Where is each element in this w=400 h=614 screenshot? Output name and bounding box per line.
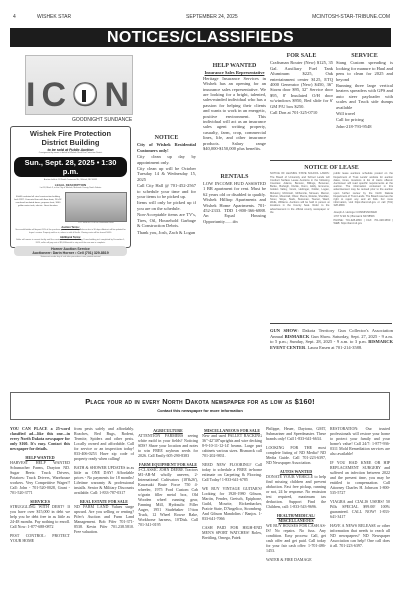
gun-show-ad: GUN SHOW: Dakota Territory Gun Collector… [270,328,393,350]
auction-datetime: Sun., Sept. 28, 2025 • 1:30 p.m. [14,157,127,177]
for-sale-body: Craftsman Router (New) $125, 35 Gal. Aux… [270,60,333,109]
lease-phone: PHONE: 701-328-2800 | FAX: 701-328-3650 … [334,219,394,225]
service-body: Stang Custom spreading is looking for ma… [336,60,393,82]
notice-p2: City clean up will be October Tuesday 14… [137,166,196,182]
additional-terms-text: Seller will remain in current facility u… [14,239,127,244]
service-p5: John-218-793-9548 [336,124,393,129]
auctioneer-fine-print: Statements made day of sale take precede… [14,256,127,258]
issue-date: SEPTEMBER 24, 2025 [186,14,238,20]
photo-caption: LOT SIZE 60 X 140 on Centennial Drive [65,222,127,224]
auction-title-line1: Wishek Fire Protection [14,129,127,138]
notice-p6: Thank you, Josh, Zach & Logan [137,230,196,235]
auction-title-line2: District Building [14,138,127,147]
city-notice: NOTICE City of Wishek Residential Custom… [137,136,196,236]
publication-name: WISHEK STAR [37,14,71,20]
classifieds-column-2: from pests safely and affordably. Roache… [74,426,134,538]
divider [270,160,392,161]
rentals-body: LOW INCOME HUD ASSISTED 1 BR apartment f… [203,181,266,224]
rentals-heading: RENTALS [203,175,266,180]
for-sale-ad: FOR SALE Craftsman Router (New) $125, 35… [270,54,333,116]
terms-text: Successful bidder will deposit 10% of th… [14,229,127,234]
divider [270,323,392,324]
auction-location: Auction held at: 18 South Centennial St.… [14,179,127,182]
service-p4: Call for pricing [336,117,393,122]
service-ad: SERVICE Stang Custom spreading is lookin… [336,54,393,130]
classifieds-column-6: RESTORATION: Our trusted professionals w… [330,426,390,552]
for-sale-contact: Call Don at 701-325-0710 [270,110,333,115]
legal-text: Lot 18, Block 9, in the City of Wishek, … [14,187,127,190]
place-ad-heading: Place your ad in every North Dakota news… [11,397,389,406]
notice-p4: Items will only be picked up if you are … [137,200,196,211]
classifieds-column-3: AGRICULTURE ATTENTION FARMERS seeing whi… [138,426,198,531]
notice-p3: Call City Hall @ 701-452-2567 to schedul… [137,183,196,199]
lease-address: 1707 N 9th St | Bismarck ND 58506 [334,215,394,218]
lease-heading: NOTICE OF LEASE [270,166,393,171]
auctioneer-contact: Auctioneer: Darin Horner • Cell (701) 32… [15,251,126,255]
gun-show-lead: GUN SHOW [270,328,297,333]
classifieds-column-4: MISCELLANEOUS FOR SALE New and used PALL… [202,426,262,544]
classifieds-column-1: YOU CAN PLACE a 25-word classified ad—li… [10,426,70,547]
auction-ad: Wishek Fire Protection District Building… [10,126,131,248]
notice-lead: City of Wishek Residential Customers onl… [137,142,196,153]
lease-signer: Joseph A. Heringer COMMISSIONER [334,211,394,214]
cartoon-caption: GOODNIGHT SUNDANCE [72,117,132,123]
help-wanted-ad: HELP WANTED Insurance Sales Representati… [203,64,266,225]
service-p2: Running three large vertical beaters spr… [336,83,393,110]
notice-of-lease: NOTICE OF LEASE NOTICE OF LEASING STATE … [270,166,393,226]
lease-left-column: NOTICE OF LEASING STATE SCHOOL LANDS: Th… [270,172,330,226]
section-banner: NOTICES/CLASSIFIEDS [10,28,391,47]
auctioneer-box: Horner Auction Service Auctioneer: Darin… [14,246,127,256]
auction-fine-print: Consignment by owner in behalf of Wishek… [14,152,127,155]
place-ad-subheading: Contact this newspaper for more informat… [11,408,389,413]
notice-heading: NOTICE [137,136,196,141]
help-wanted-body: Heritage Insurance Services in Wishek ha… [203,76,266,152]
editorial-cartoon: ICON [25,55,133,115]
classifieds-column-5: Philippe, Heuer, Daytona, GMT, Submarine… [266,426,326,566]
service-p3: Will travel [336,111,393,116]
page-number: 4 [13,14,16,20]
help-wanted-heading: HELP WANTED [203,64,266,69]
notice-p5: Non-Acceptable items are TV's, Tires, Oi… [137,212,196,228]
place-ad-banner: Place your ad in every North Dakota news… [10,392,390,420]
website-link[interactable]: MCINTOSH-STAR-TRIBUNE.COM [312,14,390,20]
notice-p1: City clean up day by appointment only. [137,154,196,165]
for-sale-heading: FOR SALE [270,54,333,59]
service-heading: SERVICE [336,54,393,59]
building-photo [65,192,127,222]
page-header: 4 WISHEK STAR SEPTEMBER 24, 2025 MCINTOS… [10,10,390,20]
building-description: 60x80 insulated all steel construction b… [14,192,62,224]
cowboy-figure-icon [82,90,86,102]
lease-right-column: public lease auctions schedule posted on… [334,172,394,207]
